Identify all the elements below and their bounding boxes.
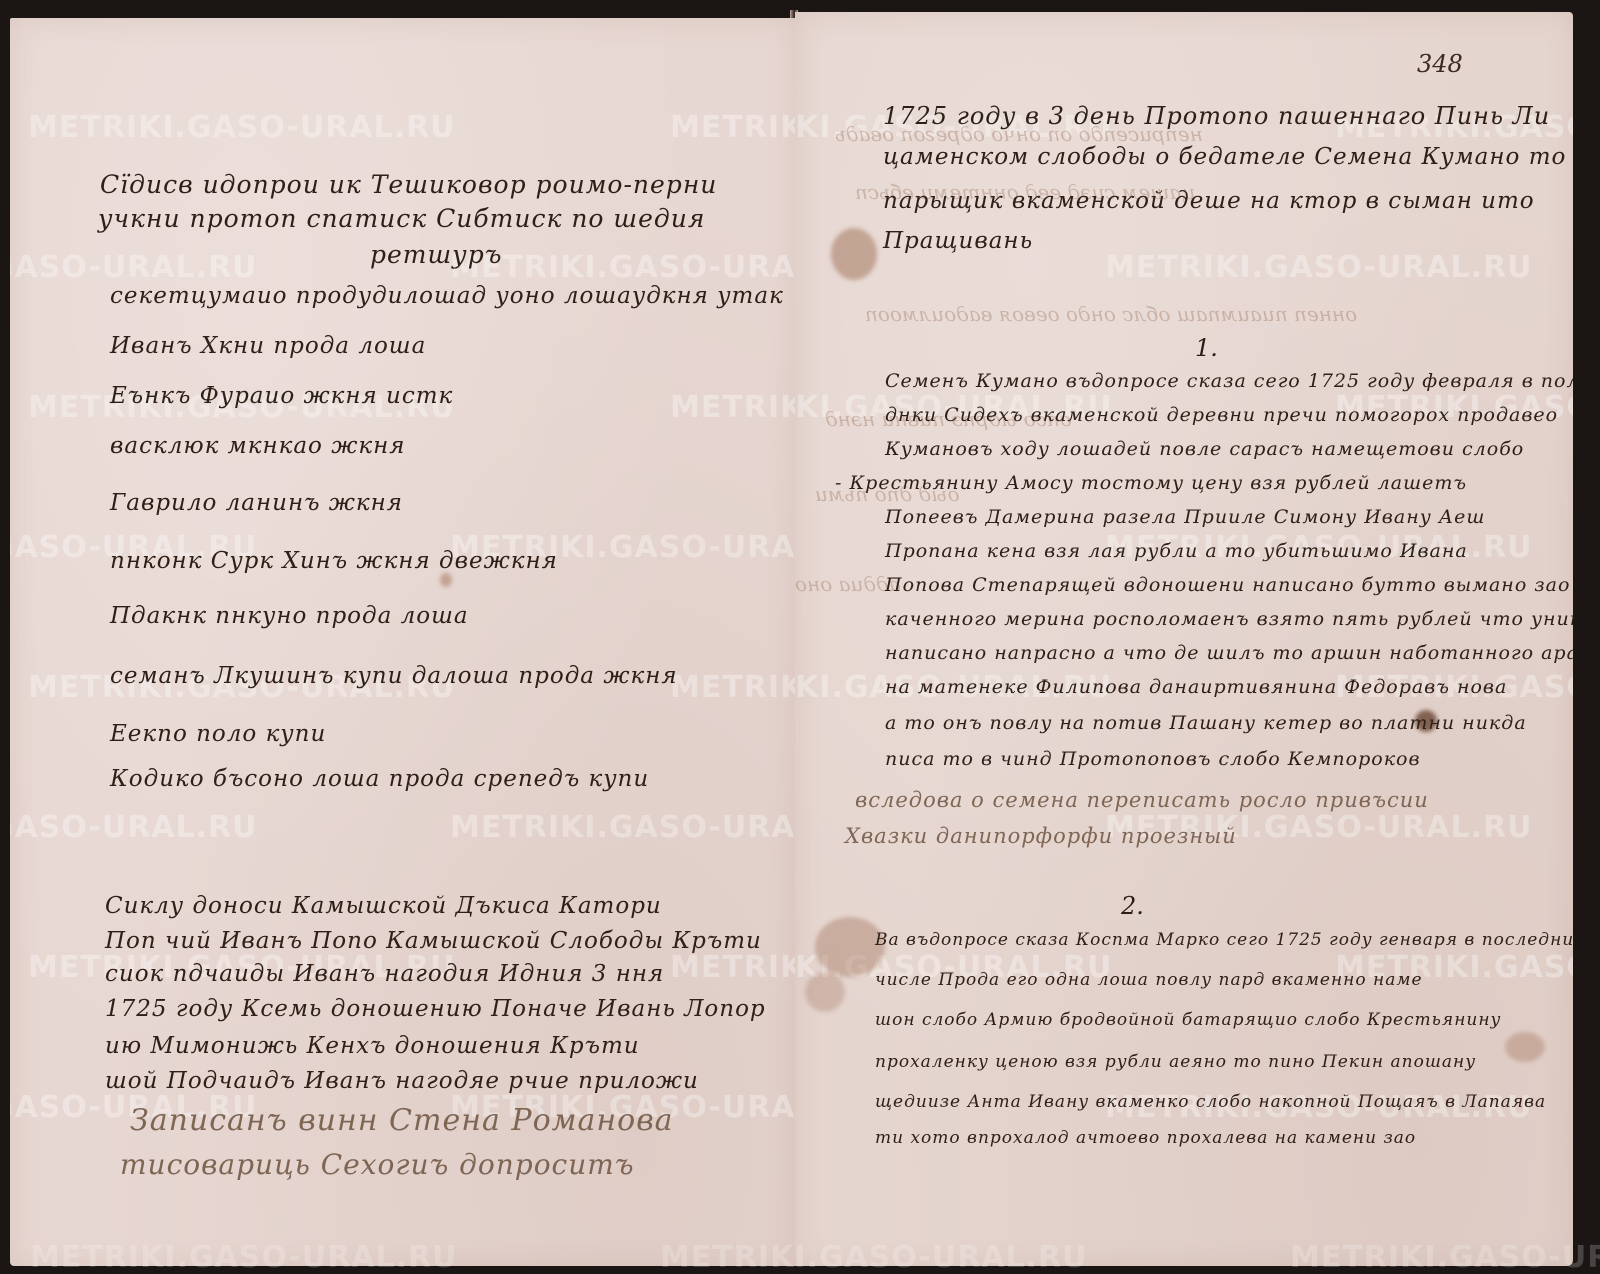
heading-line: цаменском слободы о бедателе Семена Кума… [883, 144, 1566, 170]
entry-line: Пдакнк пнкуно прода лоша [110, 603, 469, 629]
section-line: прохаленку ценою взя рубли аеяно то пино… [875, 1052, 1476, 1072]
right-page: METRIKI.GASO-URAL.RU METRIKI.GASO-URAL.R… [795, 12, 1573, 1266]
watermark: METRIKI.GASO-URAL.RU [10, 250, 258, 285]
water-stain [831, 228, 877, 280]
entry-line: васклюк мкнкао жкня [110, 433, 405, 459]
section-line: Попова Степарящей вдоношени написано бут… [885, 574, 1570, 596]
water-stain [805, 972, 845, 1012]
report-line: сиок пдчаиды Иванъ нагодия Идния 3 ння [105, 961, 664, 987]
section-line: шон слобо Армию бродвойной батарящио сло… [875, 1010, 1501, 1030]
section-line: - Крестьянину Амосу тостому цену взя руб… [835, 472, 1467, 494]
watermark: METRIKI.GASO-URAL.RU [670, 950, 795, 985]
report-line: 1725 году Ксемь доношению Поначе Ивань Л… [105, 996, 766, 1022]
entry-line: Гаврило ланинъ жкня [110, 490, 403, 516]
section-line: Попеевъ Дамерина разела Прииле Симону Ив… [885, 506, 1485, 528]
section-marker: 1. [1195, 334, 1218, 362]
heading-line: Пращивань [883, 228, 1033, 254]
entry-line: Кодико бъсоно лоша прода срепедъ купи [110, 766, 649, 792]
folio-number: 348 [1417, 50, 1463, 78]
ink-stain [440, 573, 452, 587]
section-line: Семенъ Кумано въдопросе сказа сего 1725 … [885, 370, 1573, 392]
watermark: METRIKI.GASO-URAL.RU [10, 810, 258, 845]
section-line: Хвазки данипорфорфи проезный [845, 824, 1237, 848]
entry-line: Еънкъ Фураио жкня истк [110, 383, 453, 409]
section-line: Кумановъ ходу лошадей повле сарасъ намещ… [885, 438, 1524, 460]
signature-line: Записанъ винн Стена Романова [130, 1103, 674, 1138]
section-line: писа то в чинд Протопоповъ слобо Кемпоро… [885, 748, 1421, 770]
report-line: ию Мимонижь Кенхъ доношения Кръти [105, 1033, 640, 1059]
watermark: METRIKI.GASO-URAL.RU [450, 810, 795, 845]
entry-line: семанъ Лкушинъ купи далоша прода жкня [110, 663, 678, 689]
section-marker: 2. [1121, 892, 1144, 920]
heading-line: учкни протоп спатиск Сибтиск по шедия [98, 204, 705, 233]
section-line: Ва въдопросе сказа Коспма Марко сего 172… [875, 930, 1573, 950]
entry-line: Иванъ Хкни прода лоша [110, 333, 426, 359]
section-line: щедиизе Анта Ивану вкаменко слобо накопн… [875, 1092, 1546, 1112]
section-line: ти хото впрохалод ачтоево прохалева на к… [875, 1128, 1416, 1148]
section-line: написано напрасно а что де шилъ то аршин… [885, 642, 1573, 664]
entry-line: пнконк Сурк Хинъ жкня двежкня [110, 548, 558, 574]
report-line: шой Подчаидъ Иванъ нагодяе рчие приложи [105, 1068, 699, 1094]
watermark: METRIKI.GASO-URAL.RU [670, 390, 795, 425]
report-line: Поп чий Иванъ Попо Камышской Слободы Кръ… [105, 928, 762, 954]
heading-line: парыщик вкаменской деше на ктор в сыман … [883, 188, 1535, 214]
watermark: METRIKI.GASO-URAL.RU [670, 110, 795, 145]
left-page: METRIKI.GASO-URAL.RU METRIKI.GASO-URAL.R… [10, 18, 795, 1266]
heading-line: 1725 году в 3 день Протопо пашеннаго Пин… [883, 102, 1550, 130]
section-line: числе Прода его одна лоша повлу пард вка… [875, 970, 1423, 990]
watermark: METRIKI.GASO-URAL.RU [1105, 250, 1533, 285]
section-line: каченного мерина росполомаенъ взято пять… [885, 608, 1573, 630]
water-stain [1505, 1032, 1545, 1062]
report-line: Сиклу доноси Камышской Дъкиса Катори [105, 893, 662, 919]
watermark: METRIKI.GASO-URAL.RU [28, 110, 456, 145]
entry-line: Еекпо поло купи [110, 721, 326, 747]
entry-line: секетцумаио продудилошад уоно лошаудкня … [110, 283, 784, 309]
heading-line: Сїдисв идопрои ик Тешиковор роимо-перни [100, 170, 717, 199]
section-line: вследова о семена переписать росло привъ… [855, 788, 1429, 812]
section-line: днки Сидехъ вкаменской деревни пречи пом… [885, 404, 1558, 426]
watermark: METRIKI.GASO-URAL.RU [670, 670, 795, 705]
section-line: на матенеке Филипова данаиртивянина Федо… [885, 676, 1507, 698]
section-line: а то онъ повлу на потив Пашану кетер во … [885, 712, 1527, 734]
signature-line: тисовариць Сехогиъ допроситъ [120, 1148, 635, 1181]
section-line: Пропана кена взя лая рубли а то убитьшим… [885, 540, 1468, 562]
heading-center: ретшуръ [370, 240, 502, 269]
